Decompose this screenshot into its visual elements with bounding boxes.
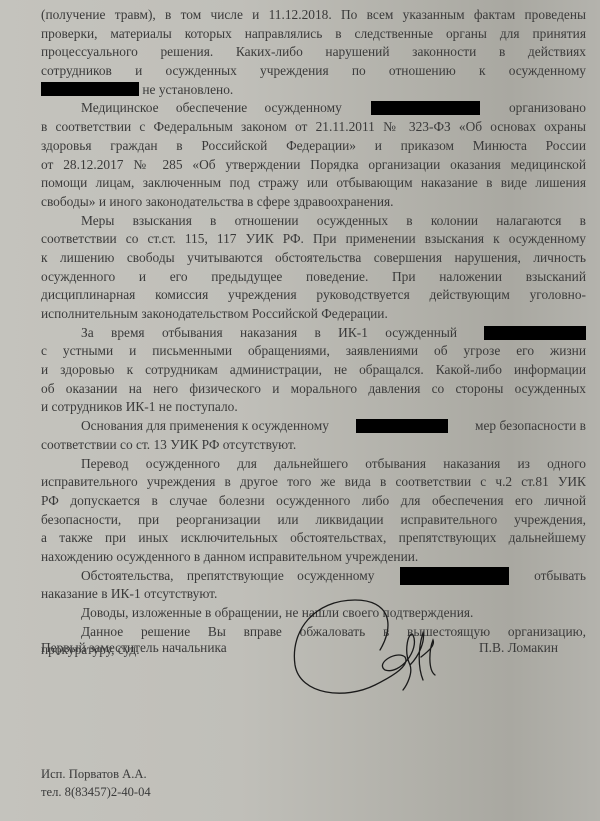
text-fragment: Обстоятельства, препятствующие осужденно… [81, 567, 374, 586]
handwritten-signature [285, 595, 455, 705]
text-line: в соответствии с Федеральным законом от … [41, 118, 586, 137]
text-line: безопасности, при реорганизации или ликв… [41, 511, 586, 530]
letter-body: (получение травм), в том числе и 11.12.2… [41, 6, 586, 660]
text-line: от 28.12.2017 № 285 «Об утверждении Поря… [41, 156, 586, 175]
text-line: Медицинское обеспечение осужденномуорган… [41, 99, 586, 118]
text-line: процессуального решения. Каких-либо нару… [41, 43, 586, 62]
text-line: не установлено. [41, 81, 586, 100]
text-line: соответствии со ст.ст. 115, 117 УИК РФ. … [41, 230, 586, 249]
text-line: к лишению свободы учитываются обстоятель… [41, 249, 586, 268]
text-line: Меры взыскания в отношении осужденных в … [41, 212, 586, 231]
redacted-name [400, 567, 509, 585]
redacted-name [356, 419, 448, 433]
text-line: об оказании на него физического и мораль… [41, 380, 586, 399]
redacted-name [484, 326, 586, 340]
text-line: РФ допускается в случае болезни осужденн… [41, 492, 586, 511]
text-line: и сотрудников ИК-1 не поступало. [41, 398, 586, 417]
text-line: соответствии со ст. 13 УИК РФ отсутствую… [41, 436, 586, 455]
executor-phone: тел. 8(83457)2-40-04 [41, 783, 151, 801]
redacted-name [371, 101, 480, 115]
text-line: с устными и письменными обращениями, зая… [41, 342, 586, 361]
text-line: исправительного учреждения в другое того… [41, 473, 586, 492]
signer-title: Первый заместитель начальника [41, 640, 227, 656]
text-line: сотрудников и осужденных учреждения по о… [41, 62, 586, 81]
text-fragment: не установлено. [142, 82, 233, 97]
redacted-name [41, 82, 139, 96]
signer-name: П.В. Ломакин [479, 640, 558, 656]
text-line: нахождению осужденного в данном исправит… [41, 548, 586, 567]
text-line: проверки, материалы которых направлялись… [41, 25, 586, 44]
text-line: осужденного и его предыдущее поведение. … [41, 268, 586, 287]
text-line: здоровья граждан в Российской Федерации»… [41, 137, 586, 156]
text-line: За время отбывания наказания в ИК-1 осуж… [41, 324, 586, 343]
text-line: Перевод осужденного для дальнейшего отбы… [41, 455, 586, 474]
text-fragment: мер безопасности в [475, 417, 586, 436]
text-line: и здоровью к сотрудникам администрации, … [41, 361, 586, 380]
text-fragment: За время отбывания наказания в ИК-1 осуж… [81, 324, 457, 343]
text-line: свободы» и иного законодательства в сфер… [41, 193, 586, 212]
text-line: исполнительным законодательством Российс… [41, 305, 586, 324]
text-line: помощи лицам, заключенным под стражу или… [41, 174, 586, 193]
text-line: а также при иных исключительных обстояте… [41, 529, 586, 548]
text-fragment: Медицинское обеспечение осужденному [81, 99, 342, 118]
text-line: дисциплинарная комиссия учреждения руков… [41, 286, 586, 305]
text-line: (получение травм), в том числе и 11.12.2… [41, 6, 586, 25]
executor-name: Исп. Порватов А.А. [41, 765, 151, 783]
text-line: Обстоятельства, препятствующие осужденно… [41, 567, 586, 586]
text-fragment: отбывать [534, 567, 586, 586]
text-line: Основания для применения к осужденномуме… [41, 417, 586, 436]
text-fragment: Основания для применения к осужденному [81, 417, 329, 436]
executor-footer: Исп. Порватов А.А. тел. 8(83457)2-40-04 [41, 765, 151, 801]
text-fragment: организовано [509, 99, 586, 118]
